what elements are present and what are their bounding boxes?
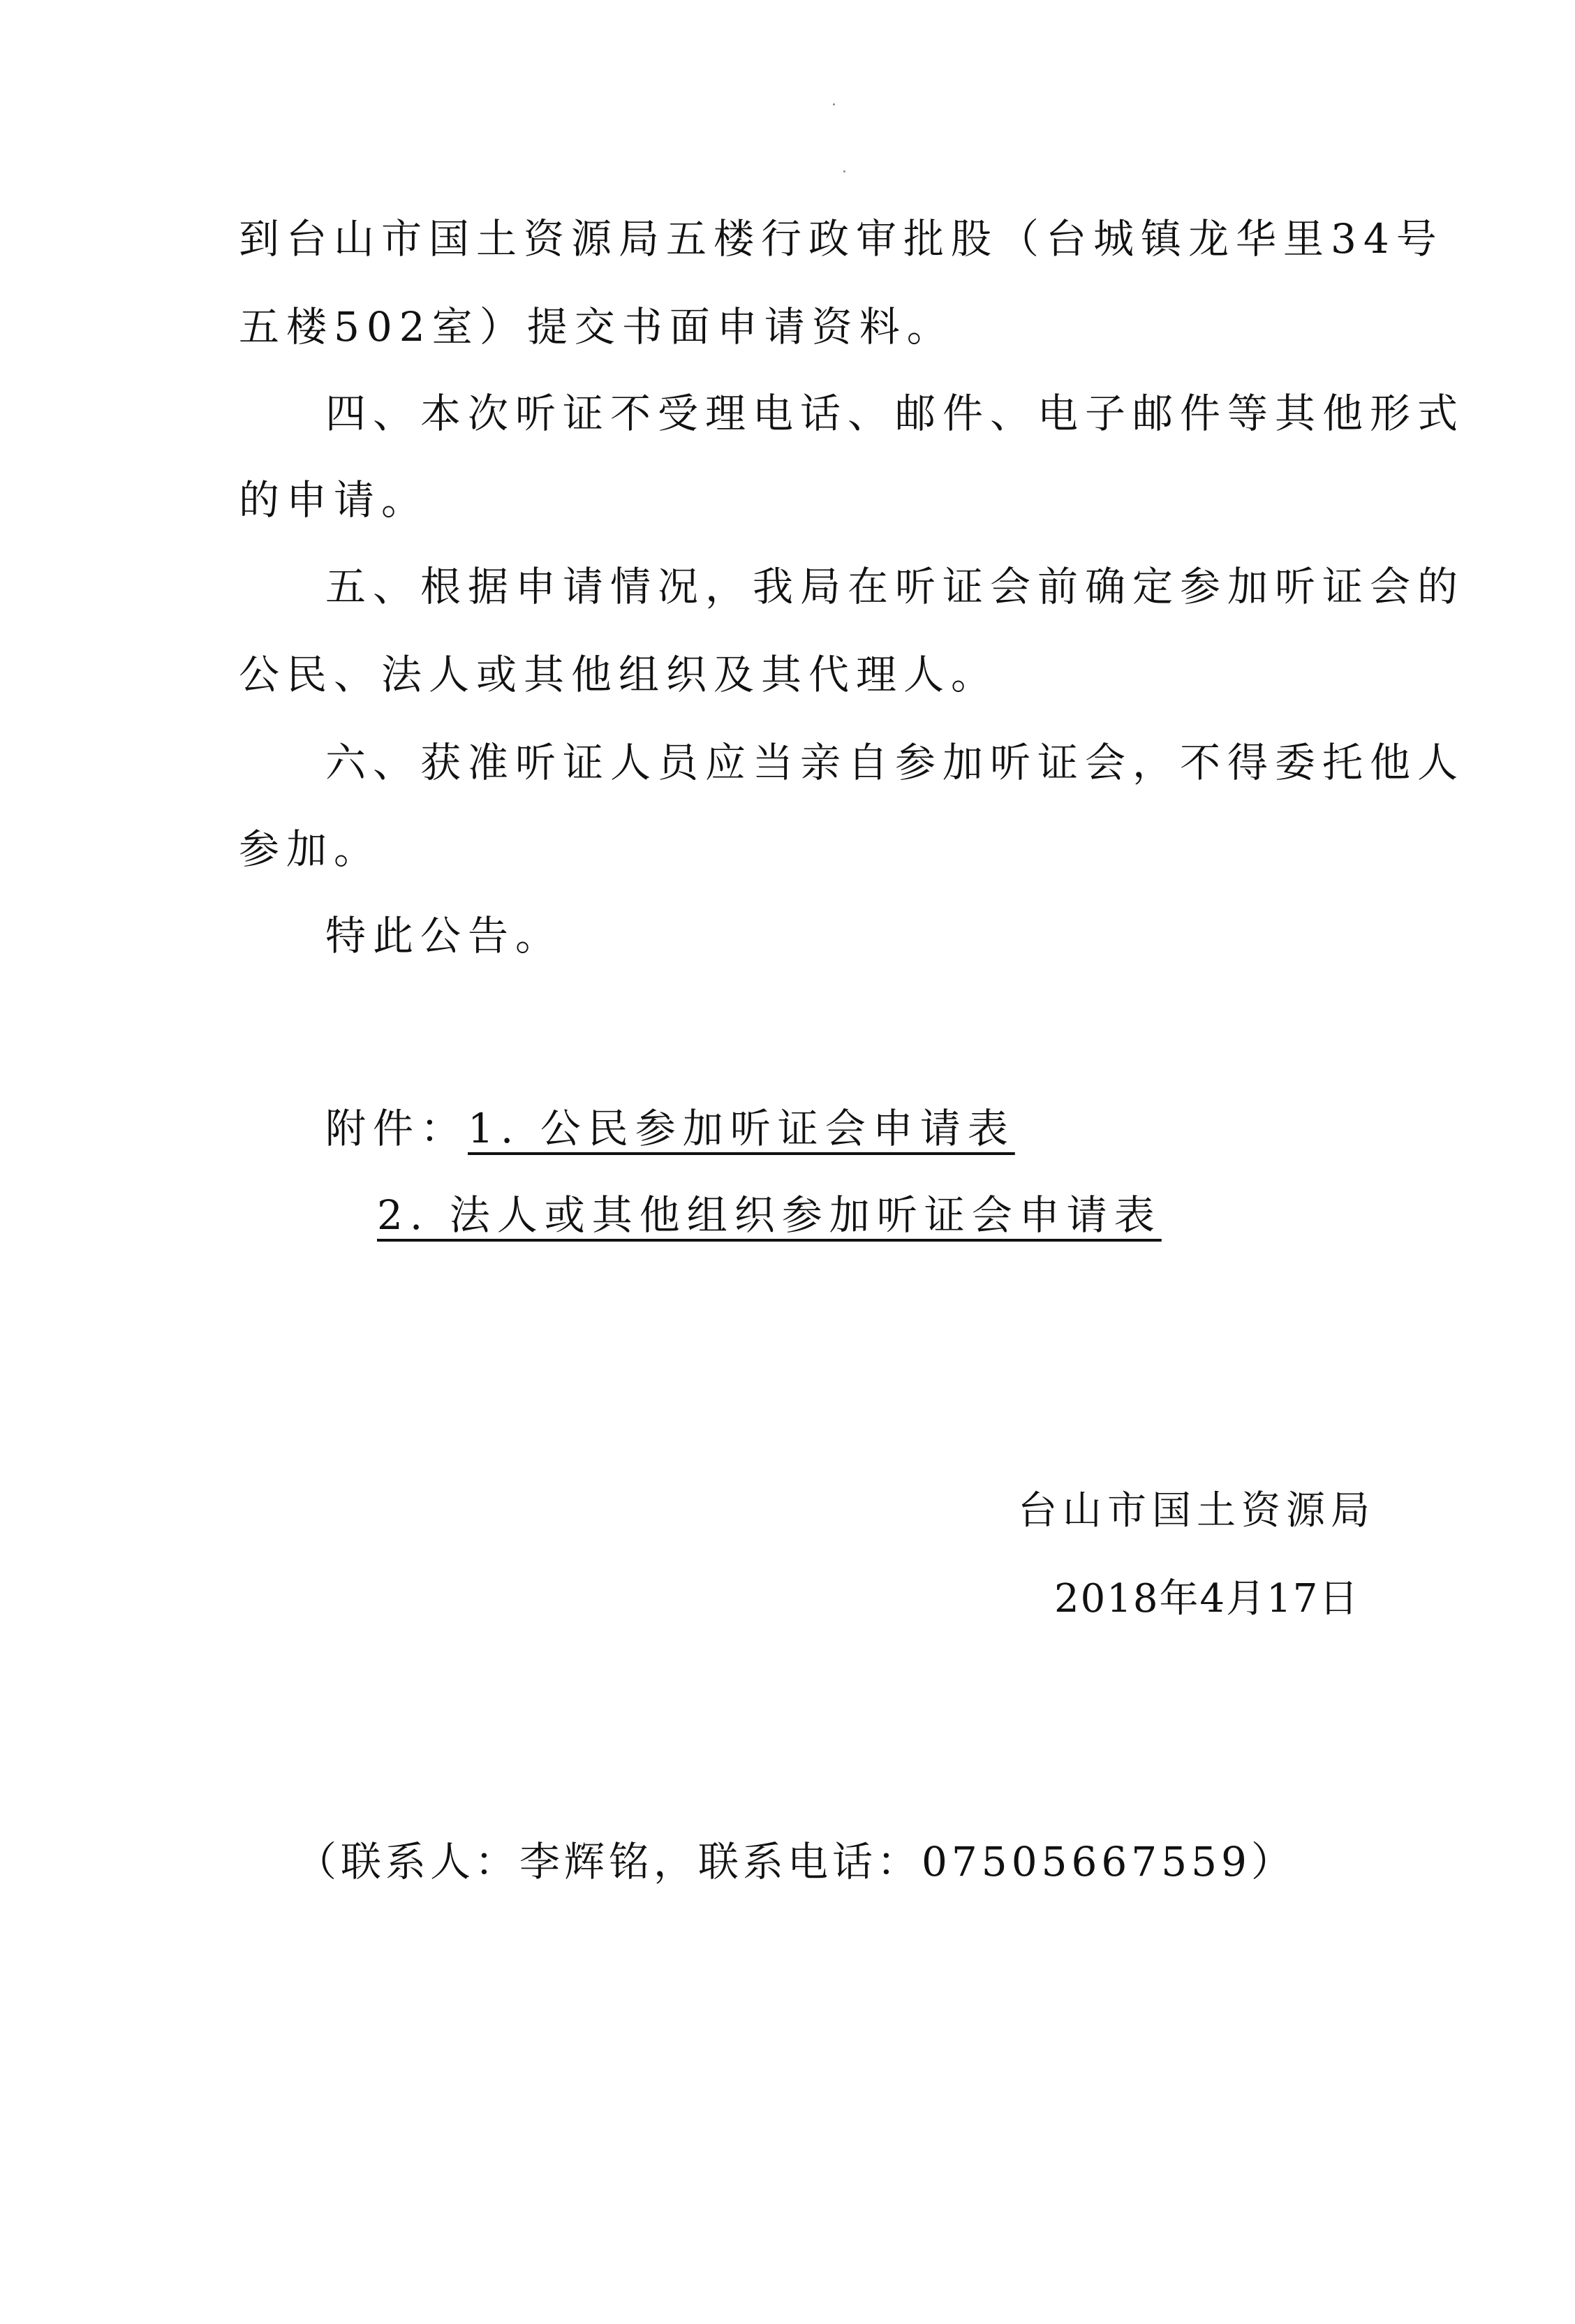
paragraph-5-line-1: 五、根据申请情况，我局在听证会前确定参加听证会的 (325, 559, 1465, 615)
paragraph-4-line-2: 的申请。 (239, 472, 429, 528)
paragraph-5-line-2: 公民、法人或其他组织及其代理人。 (239, 647, 998, 703)
paragraph-6-line-2: 参加。 (239, 821, 381, 877)
paragraph-6-line-1: 六、获准听证人员应当亲自参加听证会，不得委托他人 (325, 735, 1465, 790)
contact-info: （联系人：李辉铭，联系电话：07505667559） (296, 1834, 1296, 1890)
attachment-link-2[interactable]: 2. 法人或其他组织参加听证会申请表 (377, 1191, 1162, 1239)
closing-text: 特此公告。 (325, 908, 563, 964)
scan-speck (843, 170, 845, 172)
attachment-row-2: 2. 法人或其他组织参加听证会申请表 (377, 1187, 1162, 1243)
scan-speck (833, 103, 835, 105)
paragraph-3-line-1: 到台山市国土资源局五楼行政审批股（台城镇龙华里34号 (239, 211, 1444, 267)
signature-organization: 台山市国土资源局 (1018, 1483, 1375, 1539)
attachments-label: 附件： (325, 1105, 468, 1152)
paragraph-3-line-2: 五楼502室）提交书面申请资料。 (239, 299, 954, 355)
paragraph-4-line-1: 四、本次听证不受理电话、邮件、电子邮件等其他形式 (325, 385, 1465, 441)
document-page: 到台山市国土资源局五楼行政审批股（台城镇龙华里34号 五楼502室）提交书面申请… (0, 0, 1575, 2324)
signature-date: 2018年4月17日 (1054, 1571, 1359, 1627)
attachment-link-1[interactable]: 1. 公民参加听证会申请表 (468, 1105, 1015, 1152)
attachments-block: 附件：1. 公民参加听证会申请表 (325, 1101, 1015, 1156)
